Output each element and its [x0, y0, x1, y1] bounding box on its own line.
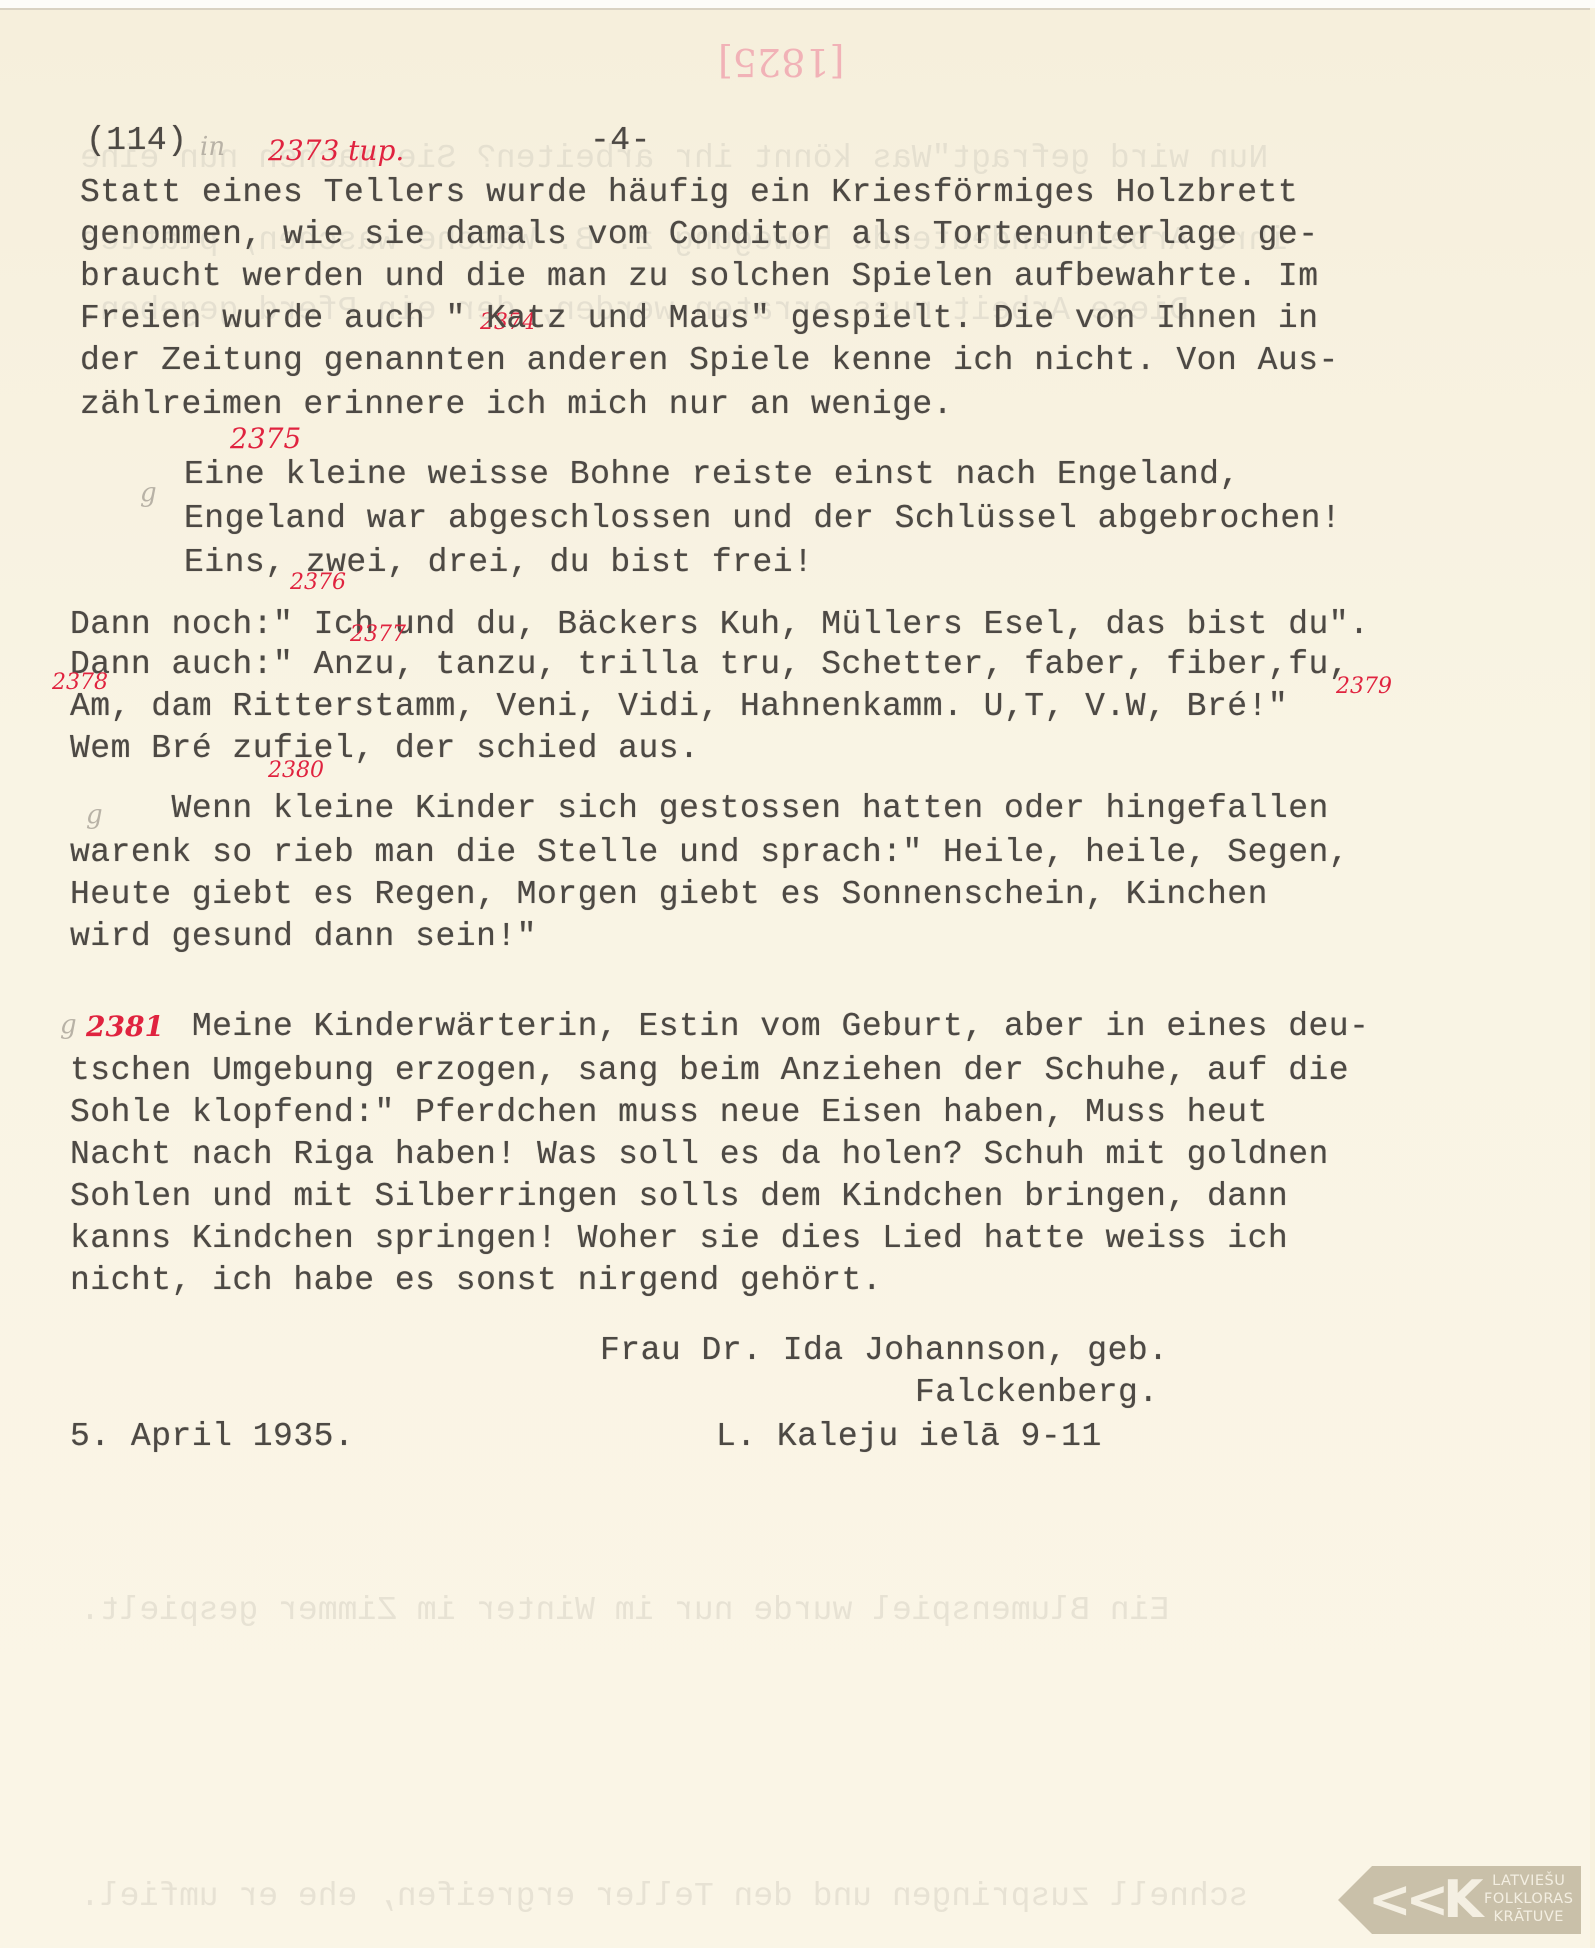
text-line: Dann noch:" Ich und du, Bäckers Kuh, Mül… [70, 606, 1369, 643]
bleed-through-text: Nun wird gefragt"Was könnt ihr arbeiten?… [80, 140, 1268, 177]
text-line: Wenn kleine Kinder sich gestossen hatten… [70, 790, 1329, 827]
bleed-through-text: Ein Blumenspiel wurde nur im Winter im Z… [80, 1592, 1169, 1629]
archive-stamp: [1825] [718, 40, 844, 84]
text-line: kanns Kindchen springen! Woher sie dies … [70, 1220, 1288, 1257]
text-line: Freien wurde auch " Katz und Maus" gespi… [80, 300, 1319, 337]
document-page: Nun wird gefragt"Was könnt ihr arbeiten?… [0, 8, 1590, 1948]
text-line: tschen Umgebung erzogen, sang beim Anzie… [70, 1052, 1349, 1089]
text-line: Am, dam Ritterstamm, Veni, Vidi, Hahnenk… [70, 688, 1288, 725]
annotation-2380: 2380 [268, 758, 324, 783]
annotation-2373: 2373 tup. [268, 134, 404, 167]
pencil-mark: g [140, 478, 157, 508]
letter-date: 5. April 1935. [70, 1418, 354, 1455]
annotation-2377: 2377 [350, 622, 406, 647]
rhyme-line: Engeland war abgeschlossen und der Schlü… [184, 500, 1341, 537]
text-line: zählreimen erinnere ich mich nur an weni… [80, 386, 953, 423]
signature-maiden-name: Falckenberg. [915, 1374, 1159, 1411]
text-line: wird gesund dann sein!" [70, 918, 537, 955]
text-line: nicht, ich habe es sonst nirgend gehört. [70, 1262, 882, 1299]
text-line: genommen, wie sie damals vom Conditor al… [80, 216, 1319, 253]
text-line: Statt eines Tellers wurde häufig ein Kri… [80, 174, 1298, 211]
rhyme-line: Eine kleine weisse Bohne reiste einst na… [184, 456, 1240, 493]
text-line: der Zeitung genannten anderen Spiele ken… [80, 342, 1339, 379]
text-line: Dann auch:" Anzu, tanzu, trilla tru, Sch… [70, 646, 1349, 683]
logo-text: LATVIEŠU FOLKLORAS KRĀTUVE [1484, 1872, 1573, 1926]
text-line: braucht werden und die man zu solchen Sp… [80, 258, 1319, 295]
rhyme-line: Eins, zwei, drei, du bist frei! [184, 544, 813, 581]
signature-name: Frau Dr. Ida Johannson, geb. [600, 1332, 1169, 1369]
scan-border [0, 0, 1595, 8]
text-line: Sohle klopfend:" Pferdchen muss neue Eis… [70, 1094, 1268, 1131]
text-line: Sohlen und mit Silberringen solls dem Ki… [70, 1178, 1288, 1215]
text-line: Nacht nach Riga haben! Was soll es da ho… [70, 1136, 1329, 1173]
archive-logo: <<K LATVIEŠU FOLKLORAS KRĀTUVE [1338, 1866, 1581, 1934]
bleed-through-text: schnell zuspringen und den Teller ergrei… [80, 1878, 1248, 1915]
pencil-mark: in [200, 132, 225, 162]
chevron-k-icon: <<K [1368, 1870, 1477, 1930]
page-label: (114) [86, 122, 188, 159]
logo-line: FOLKLORAS [1484, 1890, 1573, 1908]
annotation-2379: 2379 [1336, 674, 1392, 699]
logo-line: LATVIEŠU [1484, 1872, 1573, 1890]
sender-address: L. Kaleju ielā 9-11 [716, 1418, 1102, 1455]
text-line: warenk so rieb man die Stelle und sprach… [70, 834, 1349, 871]
annotation-2375: 2375 [230, 422, 301, 455]
page-number: -4- [590, 122, 651, 159]
text-line: Meine Kinderwärterin, Estin vom Geburt, … [70, 1008, 1369, 1045]
text-line: Heute giebt es Regen, Morgen giebt es So… [70, 876, 1268, 913]
logo-line: KRĀTUVE [1484, 1908, 1573, 1926]
text-line: Wem Bré zufiel, der schied aus. [70, 730, 699, 767]
annotation-2376: 2376 [290, 570, 346, 595]
